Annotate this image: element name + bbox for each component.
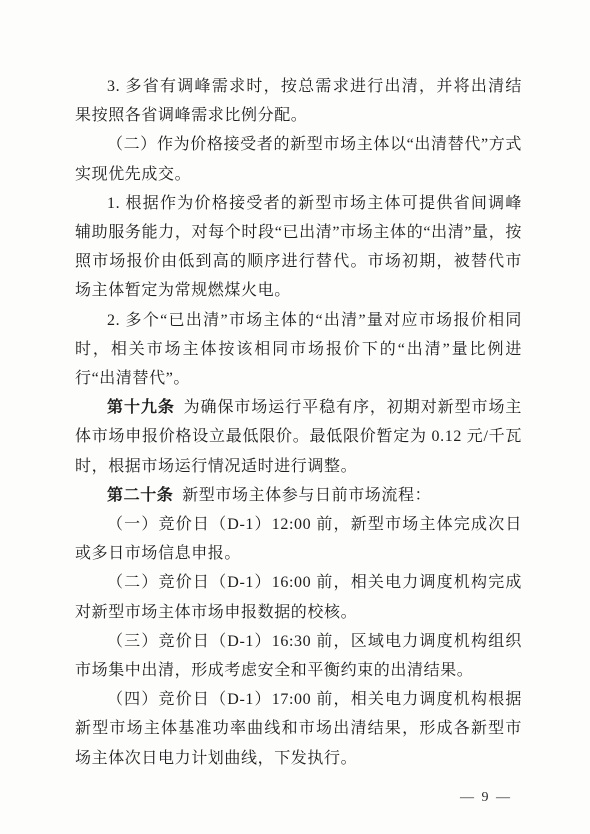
paragraph-text: 新型市场主体参与日前市场流程： bbox=[182, 487, 431, 504]
paragraph-text: 2. 多个“已出清”市场主体的“出清”量对应市场报价相同时，相关市场主体按该相同… bbox=[75, 312, 522, 387]
paragraph: 第二十条新型市场主体参与日前市场流程： bbox=[75, 481, 522, 510]
paragraph: （二）竞价日（D-1）16:00 前，相关电力调度机构完成对新型市场主体市场申报… bbox=[75, 568, 522, 626]
paragraph: 第十九条为确保市场运行平稳有序，初期对新型市场主体市场申报价格设立最低限价。最低… bbox=[75, 393, 522, 481]
article-heading: 第十九条 bbox=[107, 399, 175, 416]
paragraph-text: （三）竞价日（D-1）16:30 前，区域电力调度机构组织市场集中出清，形成考虑… bbox=[75, 633, 522, 679]
article-heading: 第二十条 bbox=[107, 487, 173, 504]
paragraph: 1. 根据作为价格接受者的新型市场主体可提供省间调峰辅助服务能力，对每个时段“已… bbox=[75, 189, 522, 306]
paragraph: （二）作为价格接受者的新型市场主体以“出清替代”方式实现优先成交。 bbox=[75, 130, 522, 188]
paragraph-text: （二）作为价格接受者的新型市场主体以“出清替代”方式实现优先成交。 bbox=[75, 136, 522, 182]
paragraph-text: 3. 多省有调峰需求时，按总需求进行出清，并将出清结果按照各省调峰需求比例分配。 bbox=[75, 78, 522, 124]
paragraph: （四）竞价日（D-1）17:00 前，相关电力调度机构根据新型市场主体基准功率曲… bbox=[75, 685, 522, 773]
paragraph-text: （二）竞价日（D-1）16:00 前，相关电力调度机构完成对新型市场主体市场申报… bbox=[75, 574, 522, 620]
paragraph: （三）竞价日（D-1）16:30 前，区域电力调度机构组织市场集中出清，形成考虑… bbox=[75, 627, 522, 685]
paragraph: （一）竞价日（D-1）12:00 前，新型市场主体完成次日或多日市场信息申报。 bbox=[75, 510, 522, 568]
page-number: — 9 — bbox=[460, 790, 512, 805]
document-body: 3. 多省有调峰需求时，按总需求进行出清，并将出清结果按照各省调峰需求比例分配。… bbox=[75, 72, 522, 773]
paragraph-text: 1. 根据作为价格接受者的新型市场主体可提供省间调峰辅助服务能力，对每个时段“已… bbox=[75, 195, 522, 300]
paragraph-text: （一）竞价日（D-1）12:00 前，新型市场主体完成次日或多日市场信息申报。 bbox=[75, 516, 522, 562]
page-footer: — 9 — bbox=[460, 790, 512, 806]
document-page: 3. 多省有调峰需求时，按总需求进行出清，并将出清结果按照各省调峰需求比例分配。… bbox=[0, 0, 590, 834]
paragraph: 2. 多个“已出清”市场主体的“出清”量对应市场报价相同时，相关市场主体按该相同… bbox=[75, 306, 522, 394]
paragraph-text: （四）竞价日（D-1）17:00 前，相关电力调度机构根据新型市场主体基准功率曲… bbox=[75, 691, 522, 766]
paragraph: 3. 多省有调峰需求时，按总需求进行出清，并将出清结果按照各省调峰需求比例分配。 bbox=[75, 72, 522, 130]
